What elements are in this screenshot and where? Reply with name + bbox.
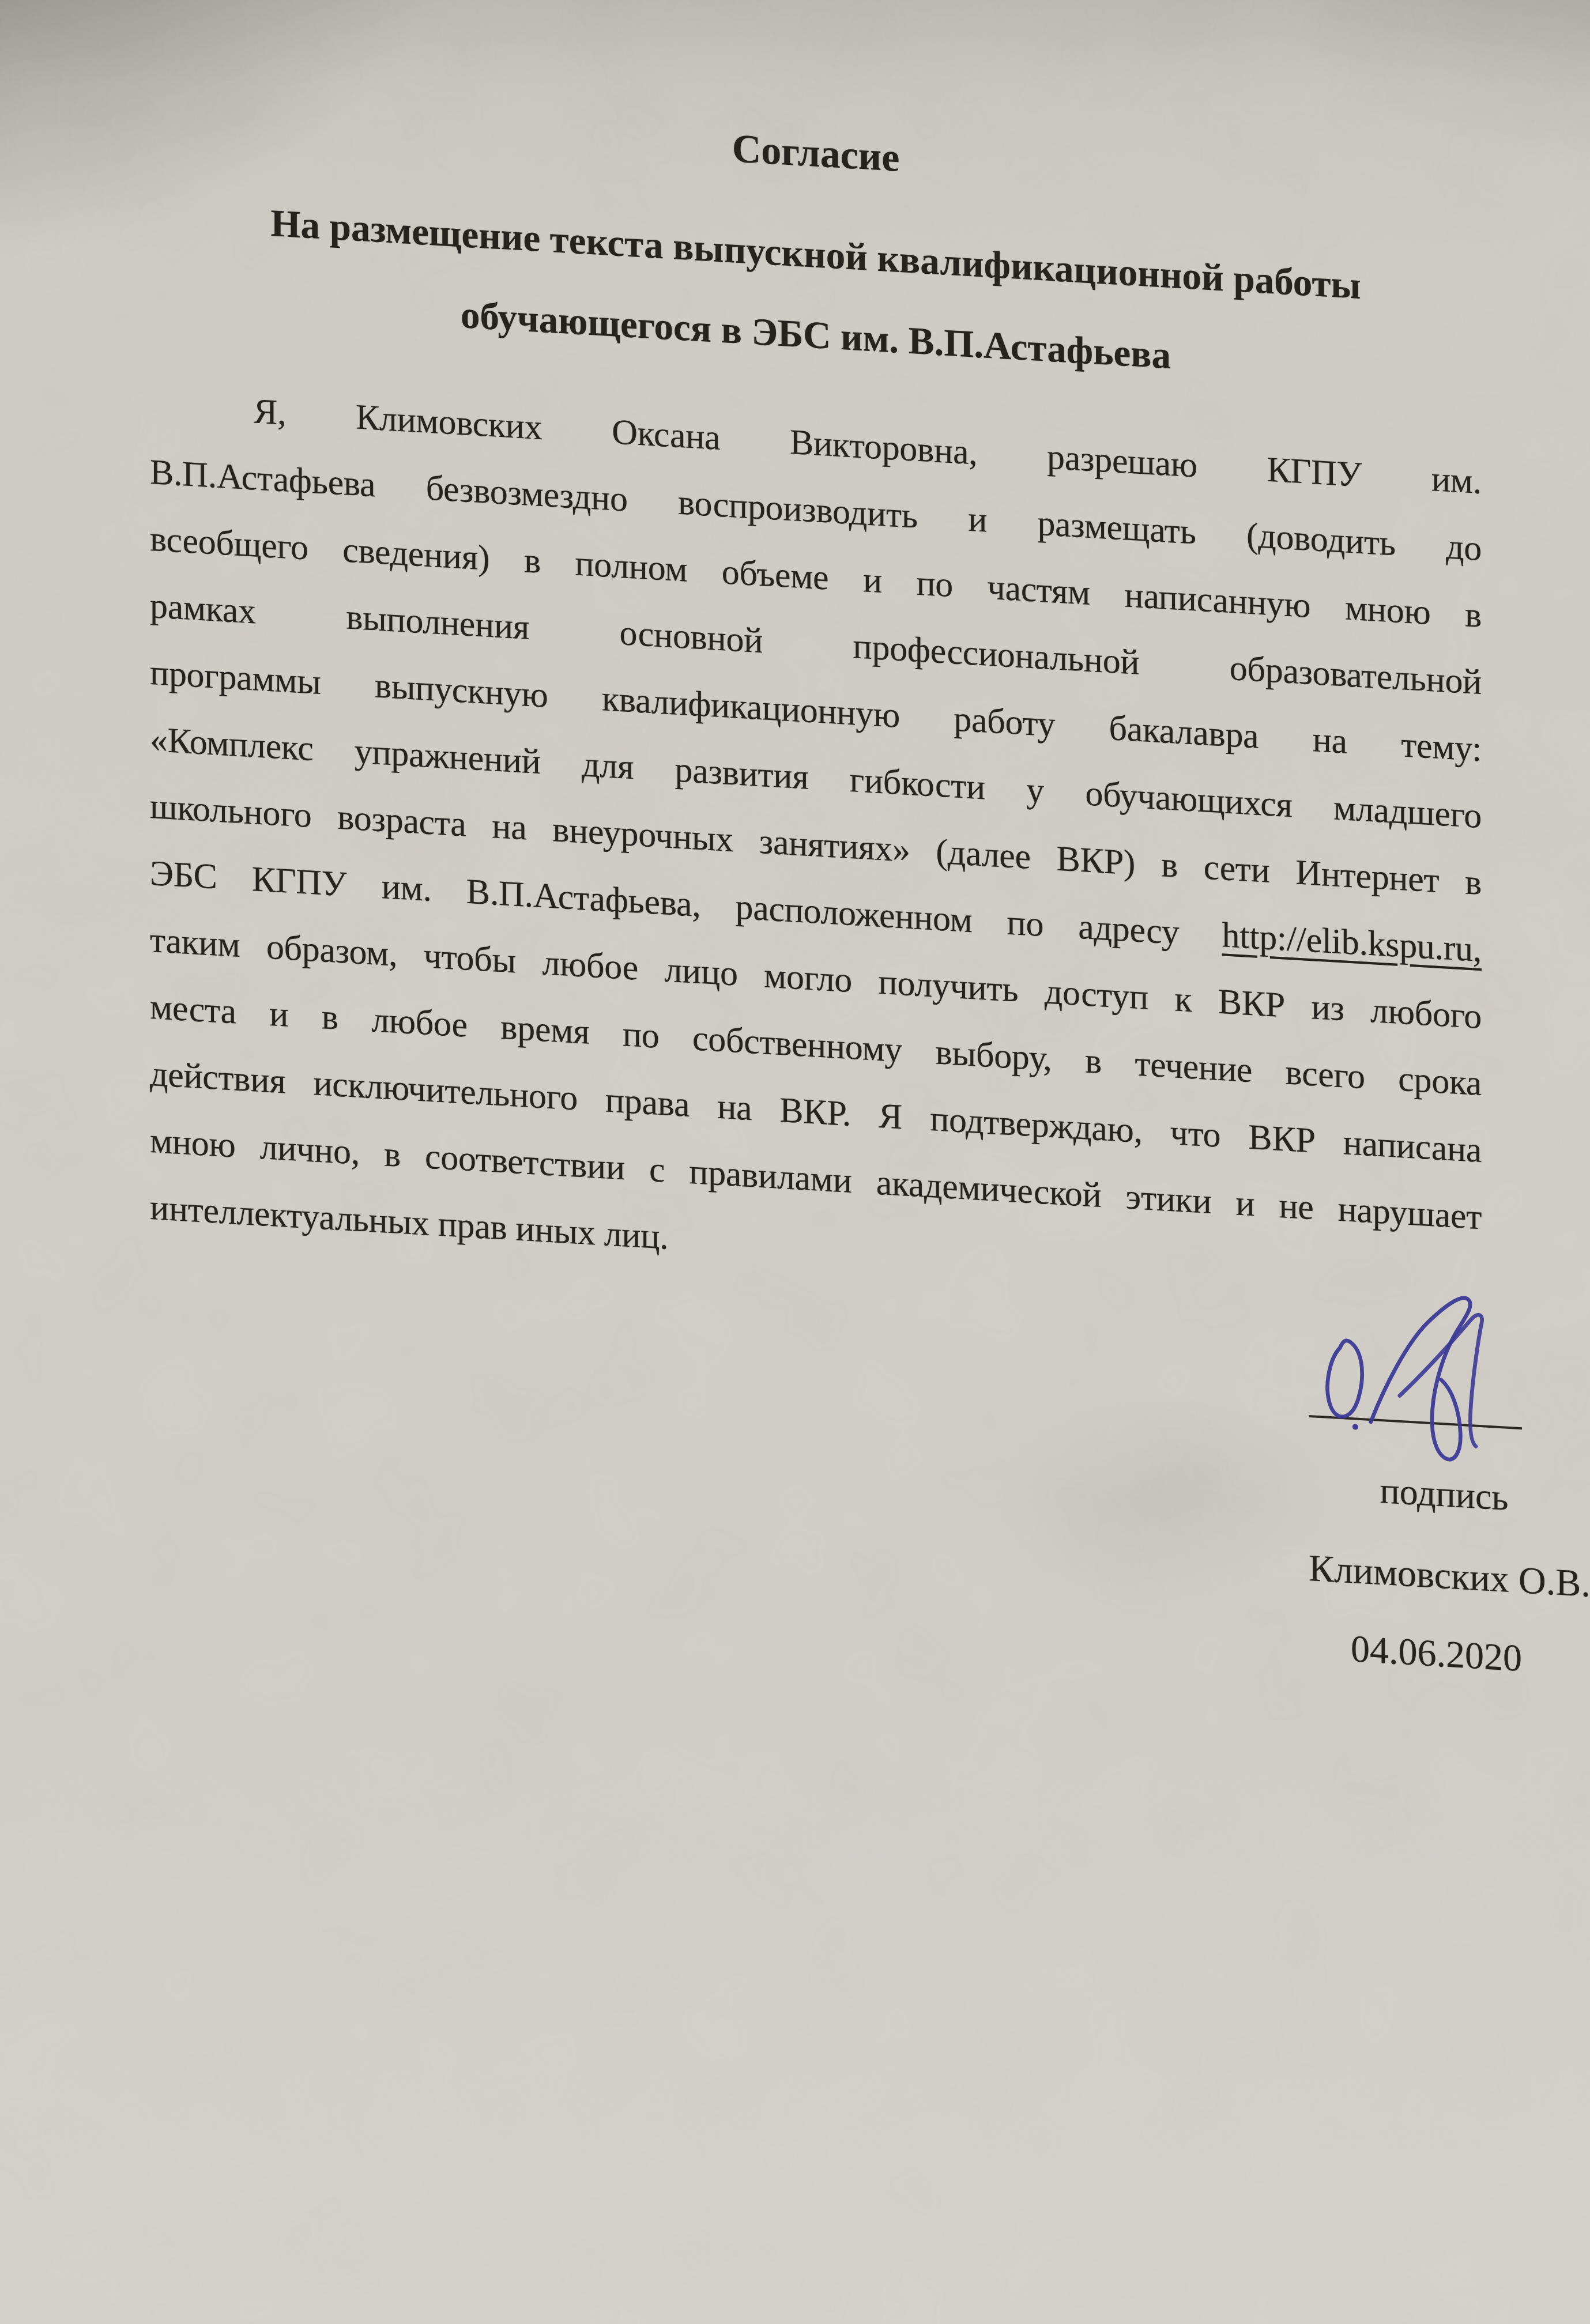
- elib-url-comma: ,: [1473, 930, 1482, 969]
- signature-date: 04.06.2020: [1309, 1620, 1522, 1685]
- elib-url: http://elib.kspu.ru: [1222, 915, 1473, 969]
- photographed-document-page: Согласие На размещение текста выпускной …: [0, 0, 1590, 2324]
- signature-block: подпись Климовских О.В. 04.06.2020: [1309, 1415, 1522, 1685]
- signatory-name: Климовских О.В.: [1309, 1542, 1522, 1607]
- document-content: Согласие На размещение текста выпускной …: [150, 0, 1482, 1683]
- handwritten-signature-ink: [1298, 1265, 1506, 1489]
- document-subtitle: На размещение текста выпускной квалифика…: [150, 176, 1482, 414]
- body-paragraph: Я, Климовских Оксана Викторовна, разреша…: [150, 372, 1482, 1318]
